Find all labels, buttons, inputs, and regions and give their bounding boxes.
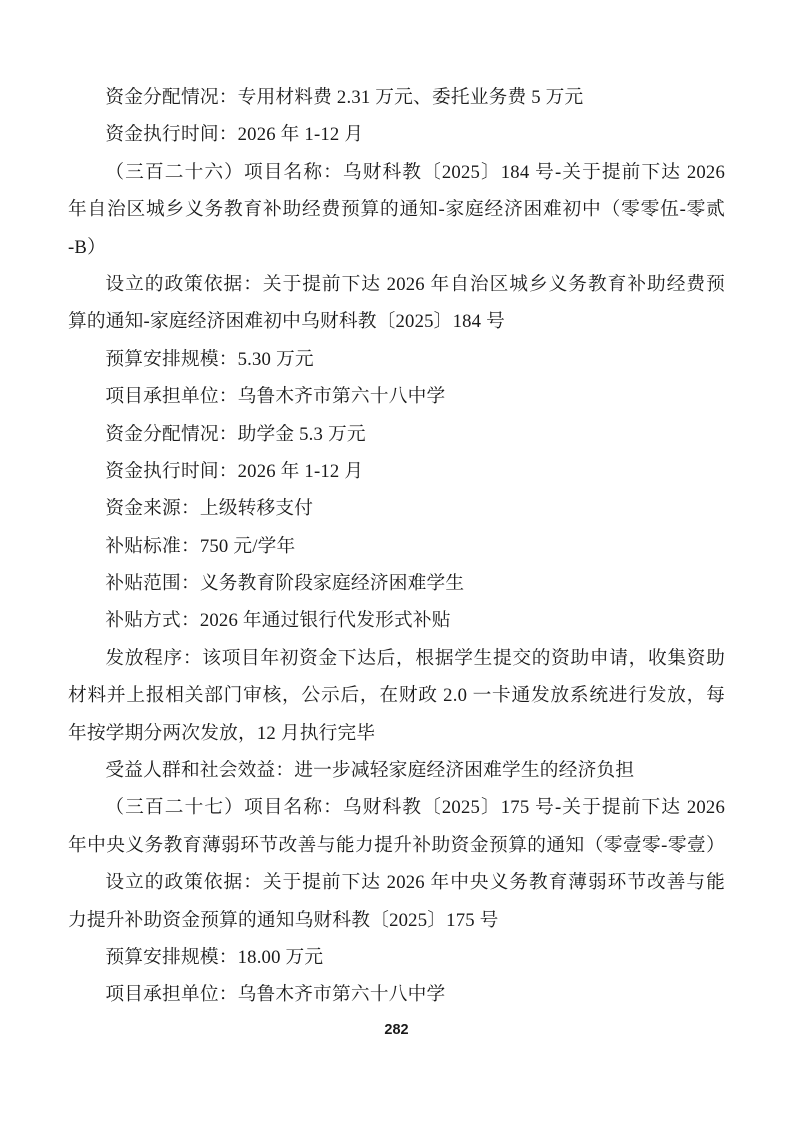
text-line: 力提升补助资金预算的通知乌财科教〔2025〕175 号: [68, 902, 725, 939]
text-line: 预算安排规模：18.00 万元: [68, 939, 725, 976]
text-line: 资金执行时间：2026 年 1-12 月: [68, 116, 725, 153]
text-line: 项目承担单位：乌鲁木齐市第六十八中学: [68, 378, 725, 415]
text-line: -B）: [68, 229, 725, 266]
text-line: 受益人群和社会效益：进一步减轻家庭经济困难学生的经济负担: [68, 752, 725, 789]
text-line: 资金执行时间：2026 年 1-12 月: [68, 453, 725, 490]
text-line: 补贴标准：750 元/学年: [68, 528, 725, 565]
text-line: 年中央义务教育薄弱环节改善与能力提升补助资金预算的通知（零壹零-零壹）: [68, 827, 725, 864]
text-line: 设立的政策依据：关于提前下达 2026 年自治区城乡义务教育补助经费预: [68, 266, 725, 303]
text-line: 设立的政策依据：关于提前下达 2026 年中央义务教育薄弱环节改善与能: [68, 864, 725, 901]
text-line: 资金分配情况：专用材料费 2.31 万元、委托业务费 5 万元: [68, 79, 725, 116]
text-line: 资金来源：上级转移支付: [68, 490, 725, 527]
document-body: 资金分配情况：专用材料费 2.31 万元、委托业务费 5 万元资金执行时间：20…: [68, 79, 725, 1014]
document-page: 资金分配情况：专用材料费 2.31 万元、委托业务费 5 万元资金执行时间：20…: [0, 0, 793, 1122]
text-line: 年按学期分两次发放，12 月执行完毕: [68, 715, 725, 752]
page-number: 282: [0, 1022, 793, 1038]
text-line: 项目承担单位：乌鲁木齐市第六十八中学: [68, 976, 725, 1013]
text-line: 补贴范围：义务教育阶段家庭经济困难学生: [68, 565, 725, 602]
text-line: 算的通知-家庭经济困难初中乌财科教〔2025〕184 号: [68, 303, 725, 340]
text-line: 预算安排规模：5.30 万元: [68, 341, 725, 378]
text-line: （三百二十六）项目名称：乌财科教〔2025〕184 号-关于提前下达 2026: [68, 154, 725, 191]
text-line: 年自治区城乡义务教育补助经费预算的通知-家庭经济困难初中（零零伍-零贰: [68, 191, 725, 228]
text-line: 发放程序：该项目年初资金下达后，根据学生提交的资助申请，收集资助: [68, 640, 725, 677]
text-line: 材料并上报相关部门审核，公示后，在财政 2.0 一卡通发放系统进行发放，每: [68, 677, 725, 714]
text-line: 补贴方式：2026 年通过银行代发形式补贴: [68, 602, 725, 639]
text-line: （三百二十七）项目名称：乌财科教〔2025〕175 号-关于提前下达 2026: [68, 789, 725, 826]
text-line: 资金分配情况：助学金 5.3 万元: [68, 416, 725, 453]
